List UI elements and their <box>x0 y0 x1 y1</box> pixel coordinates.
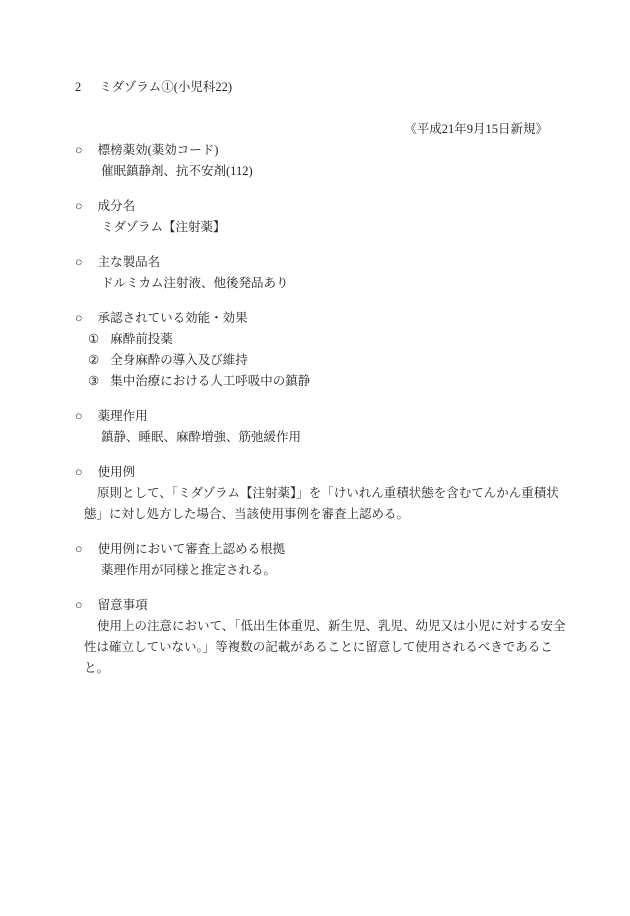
circle-bullet-marker: ○ <box>75 462 83 483</box>
section-ingredient-name: ○成分名 ミダゾラム【注射薬】 <box>75 196 557 238</box>
numbered-item-text: 麻酔前投薬 <box>110 332 173 346</box>
circled-number-marker: ③ <box>88 371 99 392</box>
paragraph-line: 態」に対し処方した場合、当該使用事例を審査上認める。 <box>84 504 557 525</box>
section-body-line: 催眠鎮静剤、抗不安剤(112) <box>101 161 557 182</box>
section-heading-line: ○主な製品名 <box>75 252 557 273</box>
section-heading-line: ○留意事項 <box>75 595 557 616</box>
circled-number-marker: ② <box>88 350 99 371</box>
section-body-line: ミダゾラム【注射薬】 <box>101 217 557 238</box>
numbered-item-text: 集中治療における人工呼吸中の鎮静 <box>110 374 310 388</box>
numbered-item: ②全身麻酔の導入及び維持 <box>88 350 557 371</box>
section-heading: 成分名 <box>98 199 136 213</box>
section-heading-line: ○成分名 <box>75 196 557 217</box>
circle-bullet-marker: ○ <box>75 252 83 273</box>
section-heading: 薬理作用 <box>98 409 148 423</box>
section-body-line: ドルミカム注射液、他後発品あり <box>101 273 557 294</box>
circle-bullet-marker: ○ <box>75 595 83 616</box>
item-number: 2 <box>75 77 81 98</box>
section-approved-indications: ○承認されている効能・効果 ①麻酔前投薬 ②全身麻酔の導入及び維持 ③集中治療に… <box>75 308 557 392</box>
item-title: ミダゾラム①(小児科22) <box>99 80 232 94</box>
section-heading: 使用例において審査上認める根拠 <box>98 542 286 556</box>
circle-bullet-marker: ○ <box>75 308 83 329</box>
section-heading-line: ○標榜薬効(薬効コード) <box>75 140 557 161</box>
paragraph-line: 性は確立していない。」等複数の記載があることに留意して使用されるべきであるこ <box>84 637 557 658</box>
circle-bullet-marker: ○ <box>75 406 83 427</box>
circled-number-marker: ① <box>88 329 99 350</box>
circle-bullet-marker: ○ <box>75 196 83 217</box>
section-usage-example: ○使用例 原則として、「ミダゾラム【注射薬】」を「けいれん重積状態を含むてんかん… <box>75 462 557 525</box>
section-approval-basis: ○使用例において審査上認める根拠 薬理作用が同様と推定される。 <box>75 539 557 581</box>
section-heading: 承認されている効能・効果 <box>98 311 248 325</box>
section-precautions: ○留意事項 使用上の注意において、「低出生体重児、新生児、乳児、幼児又は小児に対… <box>75 595 557 679</box>
paragraph-line: 原則として、「ミダゾラム【注射薬】」を「けいれん重積状態を含むてんかん重積状 <box>97 483 557 504</box>
numbered-item-text: 全身麻酔の導入及び維持 <box>110 353 248 367</box>
section-body-line: 薬理作用が同様と推定される。 <box>101 560 557 581</box>
section-heading: 留意事項 <box>98 598 148 612</box>
section-heading: 使用例 <box>98 465 136 479</box>
section-heading: 主な製品名 <box>98 255 161 269</box>
section-heading-line: ○使用例 <box>75 462 557 483</box>
paragraph-line: 使用上の注意において、「低出生体重児、新生児、乳児、幼児又は小児に対する安全 <box>97 616 557 637</box>
document-title: 2ミダゾラム①(小児科22) <box>75 77 557 98</box>
section-pharmacological-action: ○薬理作用 鎮静、睡眠、麻酔増強、筋弛緩作用 <box>75 406 557 448</box>
circle-bullet-marker: ○ <box>75 140 83 161</box>
section-listed-efficacy: ○標榜薬効(薬効コード) 催眠鎮静剤、抗不安剤(112) <box>75 140 557 182</box>
paragraph-line: と。 <box>84 658 557 679</box>
section-heading-line: ○承認されている効能・効果 <box>75 308 557 329</box>
numbered-item: ③集中治療における人工呼吸中の鎮静 <box>88 371 557 392</box>
section-heading-line: ○薬理作用 <box>75 406 557 427</box>
revision-date: 《平成21年9月15日新規》 <box>75 119 548 140</box>
section-body-line: 鎮静、睡眠、麻酔増強、筋弛緩作用 <box>101 427 557 448</box>
section-heading: 標榜薬効(薬効コード) <box>98 143 219 157</box>
document-page: 2ミダゾラム①(小児科22) 《平成21年9月15日新規》 ○標榜薬効(薬効コー… <box>0 0 630 916</box>
section-heading-line: ○使用例において審査上認める根拠 <box>75 539 557 560</box>
circle-bullet-marker: ○ <box>75 539 83 560</box>
section-product-name: ○主な製品名 ドルミカム注射液、他後発品あり <box>75 252 557 294</box>
numbered-item: ①麻酔前投薬 <box>88 329 557 350</box>
